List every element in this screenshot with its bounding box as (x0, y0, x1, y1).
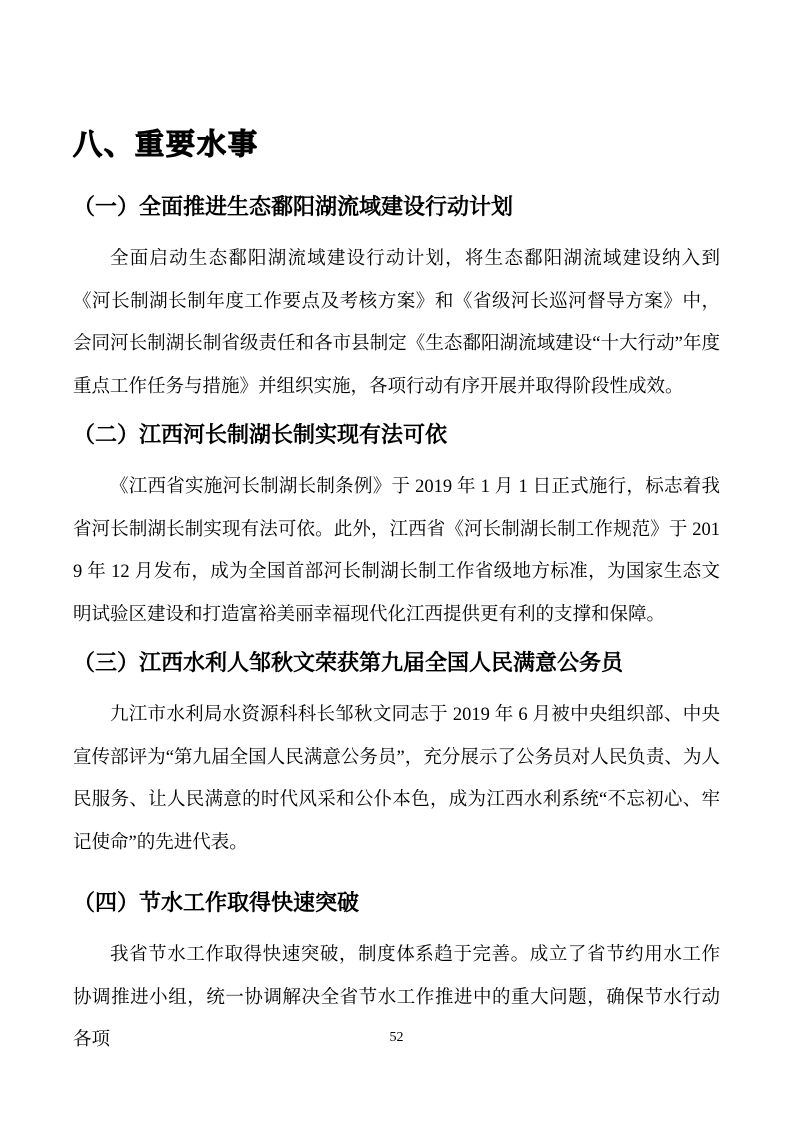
section-2-heading: （二）江西河长制湖长制实现有法可依 (73, 420, 720, 450)
section-1: （一）全面推进生态鄱阳湖流域建设行动计划 全面启动生态鄱阳湖流域建设行动计划，将… (73, 192, 720, 408)
section-1-heading: （一）全面推进生态鄱阳湖流域建设行动计划 (73, 192, 720, 222)
section-2-paragraph: 《江西省实施河长制湖长制条例》于 2019 年 1 月 1 日正式施行，标志着我… (73, 466, 720, 636)
page-number: 52 (0, 1030, 793, 1046)
section-3-paragraph: 九江市水利局水资源科科长邹秋文同志于 2019 年 6 月被中央组织部、中央宣传… (73, 694, 720, 864)
section-3-heading: （三）江西水利人邹秋文荣获第九届全国人民满意公务员 (73, 648, 720, 678)
chapter-title: 八、重要水事 (73, 126, 720, 162)
section-2: （二）江西河长制湖长制实现有法可依 《江西省实施河长制湖长制条例》于 2019 … (73, 420, 720, 636)
section-4-heading: （四）节水工作取得快速突破 (73, 888, 720, 918)
section-1-paragraph: 全面启动生态鄱阳湖流域建设行动计划，将生态鄱阳湖流域建设纳入到《河长制湖长制年度… (73, 238, 720, 408)
document-content: 八、重要水事 （一）全面推进生态鄱阳湖流域建设行动计划 全面启动生态鄱阳湖流域建… (73, 0, 720, 1062)
section-3: （三）江西水利人邹秋文荣获第九届全国人民满意公务员 九江市水利局水资源科科长邹秋… (73, 648, 720, 864)
document-page: 八、重要水事 （一）全面推进生态鄱阳湖流域建设行动计划 全面启动生态鄱阳湖流域建… (0, 0, 793, 1122)
